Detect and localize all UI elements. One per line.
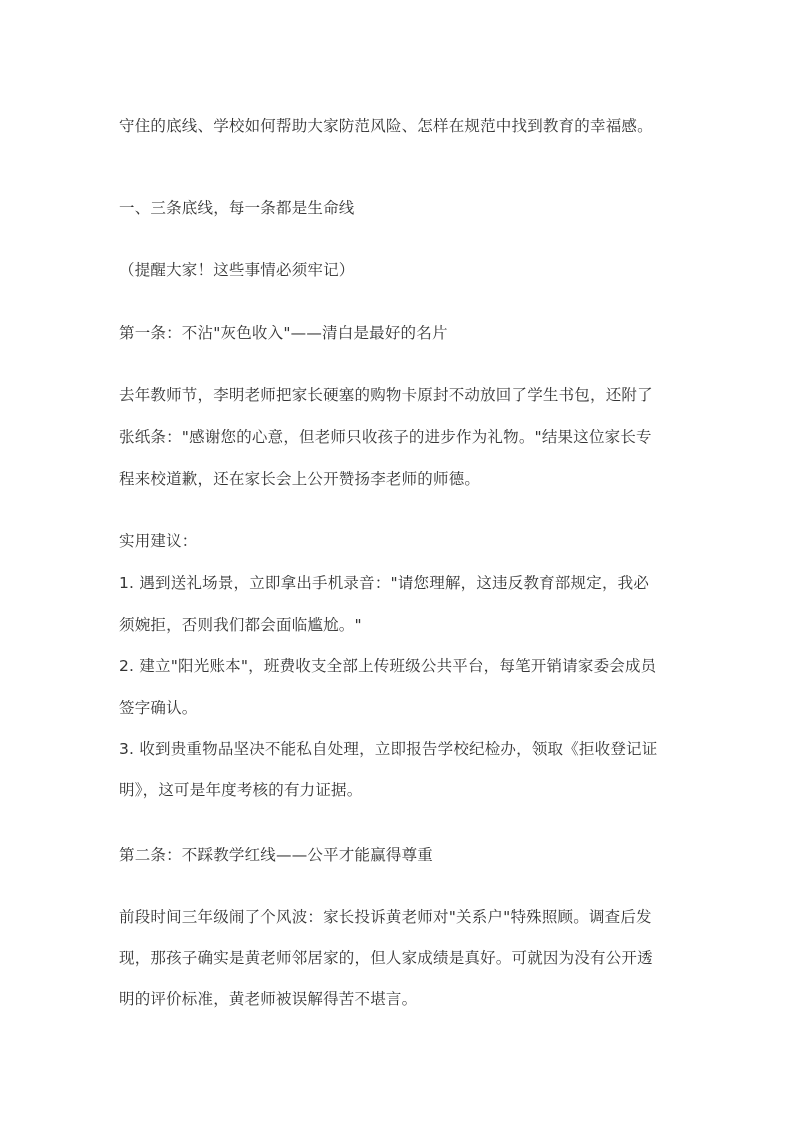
intro-line: 守住的底线、学校如何帮助大家防范风险、怎样在规范中找到教育的幸福感。 [119, 116, 653, 136]
rule1-story-line: 张纸条："感谢您的心意，但老师只收孩子的进步作为礼物。"结果这位家长专 [119, 427, 652, 447]
reminder-text: （提醒大家！这些事情必须牢记） [119, 260, 355, 280]
rule2-story-line: 前段时间三年级闹了个风波：家长投诉黄老师对"关系户"特殊照顾。调查后发 [119, 907, 652, 927]
advice-line: 签字确认。 [119, 698, 198, 718]
advice-line: 1. 遇到送礼场景，立即拿出手机录音："请您理解，这违反教育部规定，我必 [119, 573, 649, 593]
rule1-title: 第一条：不沾"灰色收入"——清白是最好的名片 [119, 323, 448, 343]
advice-line: 须婉拒，否则我们都会面临尴尬。" [119, 615, 362, 635]
rule1-story-line: 程来校道歉，还在家长会上公开赞扬李老师的师德。 [119, 469, 480, 489]
rule2-title: 第二条：不踩教学红线——公平才能赢得尊重 [119, 845, 433, 865]
advice-line: 3. 收到贵重物品坚决不能私自处理，立即报告学校纪检办，领取《拒收登记证 [119, 739, 657, 759]
section-title: 一、三条底线，每一条都是生命线 [119, 198, 355, 218]
rule2-story-line: 现，那孩子确实是黄老师邻居家的，但人家成绩是真好。可就因为没有公开透 [119, 948, 653, 968]
advice-line: 2. 建立"阳光账本"，班费收支全部上传班级公共平台，每笔开销请家委会成员 [119, 656, 656, 676]
rule2-story-line: 明的评价标准，黄老师被误解得苦不堪言。 [119, 989, 417, 1009]
advice-line: 明》，这可是年度考核的有力证据。 [119, 780, 362, 800]
rule1-story-line: 去年教师节，李明老师把家长硬塞的购物卡原封不动放回了学生书包，还附了 [119, 385, 653, 405]
advice-label: 实用建议： [119, 531, 198, 551]
